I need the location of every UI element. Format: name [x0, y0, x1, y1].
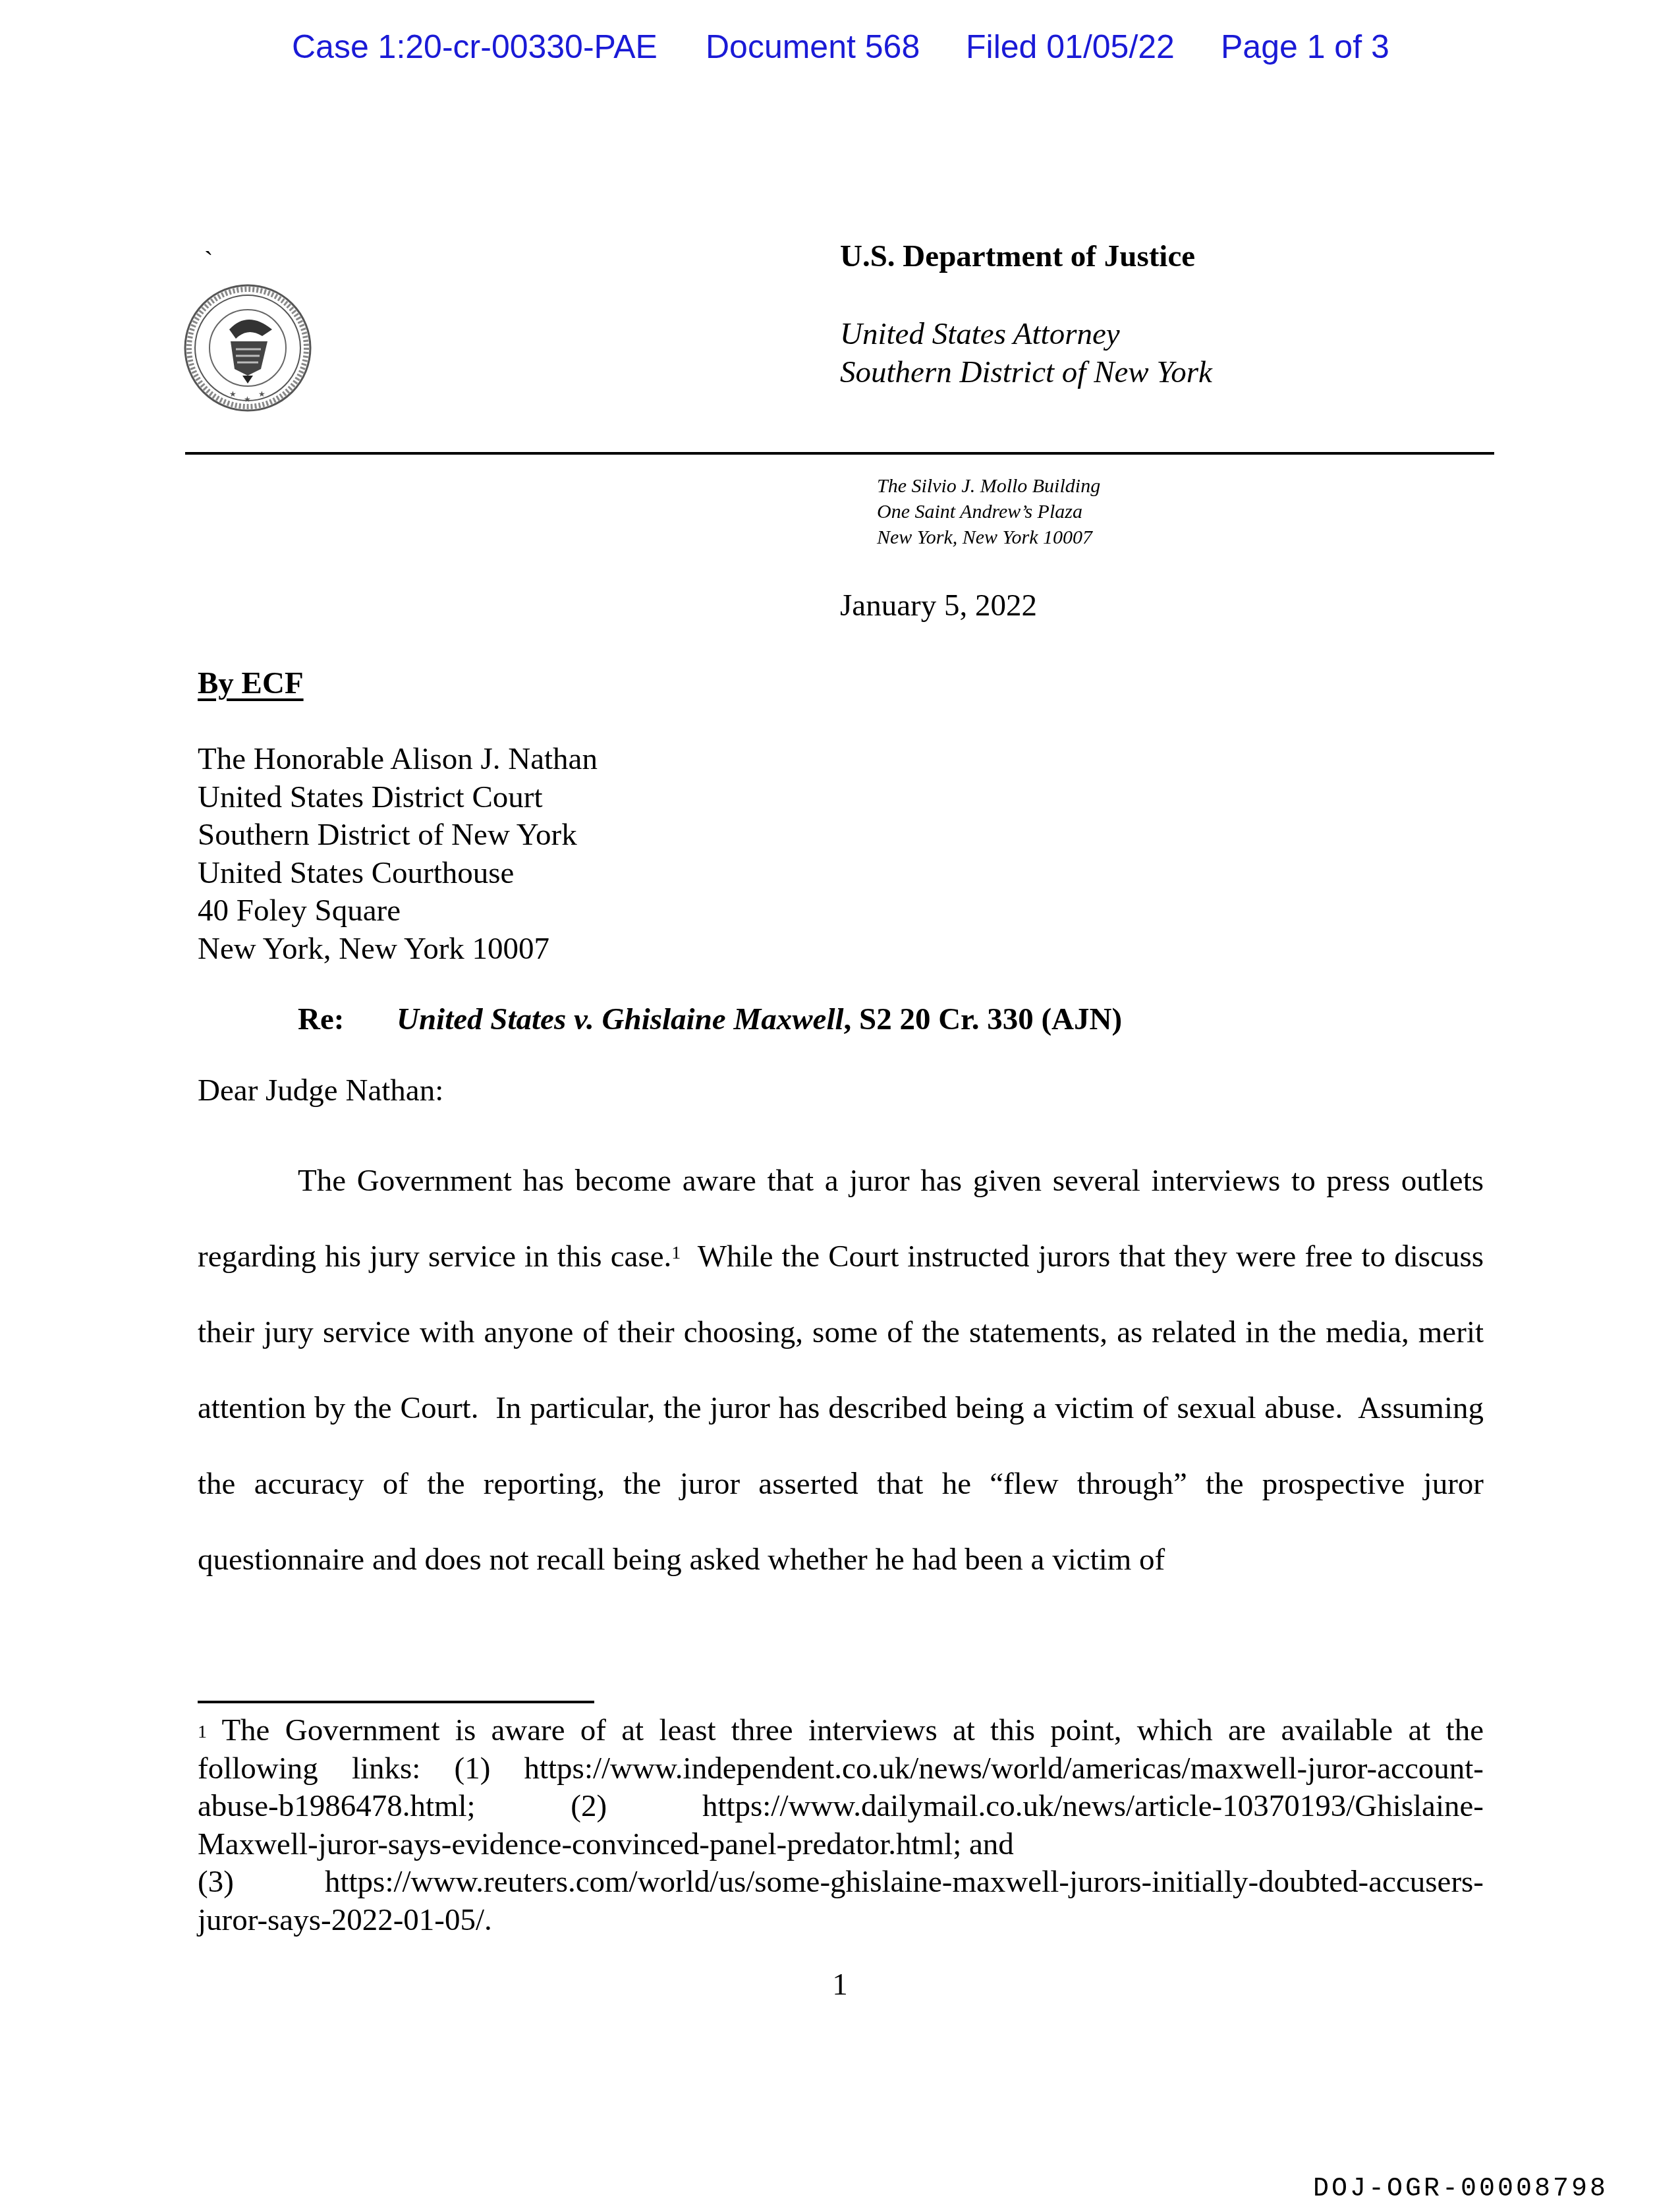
svg-text:★: ★: [244, 395, 251, 404]
case-number: Case 1:20-cr-00330-PAE: [292, 28, 658, 66]
footnote-link-line[interactable]: juror-says-2022-01-05/.: [198, 1902, 1484, 1940]
svg-text:★: ★: [258, 389, 266, 399]
addressee-line: 40 Foley Square: [198, 892, 598, 930]
footnote-link-line[interactable]: following links: (1) https://www.indepen…: [198, 1750, 1484, 1788]
letter-date: January 5, 2022: [840, 588, 1037, 623]
office-line: United States Attorney: [840, 315, 1212, 353]
footnote-reference[interactable]: 1: [671, 1243, 681, 1263]
letter-body: The Government has become aware that a j…: [198, 1143, 1484, 1598]
re-label: Re:: [298, 1002, 397, 1037]
addressee-line: New York, New York 10007: [198, 930, 598, 969]
body-text: While the Court instructed jurors that t…: [198, 1239, 1484, 1577]
office-name: United States Attorney Southern District…: [840, 315, 1212, 391]
address-line: New York, New York 10007: [877, 525, 1100, 550]
footnote-link-line[interactable]: Maxwell-juror-says-evidence-convinced-pa…: [198, 1826, 1484, 1864]
addressee-line: United States District Court: [198, 779, 598, 817]
footnote-line: 1 The Government is aware of at least th…: [198, 1712, 1484, 1750]
address-line: One Saint Andrew’s Plaza: [877, 499, 1100, 525]
addressee-line: The Honorable Alison J. Nathan: [198, 741, 598, 779]
ecf-filing-header: Case 1:20-cr-00330-PAE Document 568 File…: [292, 28, 1399, 70]
office-address: The Silvio J. Mollo Building One Saint A…: [877, 473, 1100, 550]
page-number: 1: [0, 1967, 1680, 2002]
department-name: U.S. Department of Justice: [840, 239, 1195, 274]
footnote: 1 The Government is aware of at least th…: [198, 1712, 1484, 1939]
filed-date: Filed 01/05/22: [966, 28, 1175, 66]
delivery-method: By ECF: [198, 666, 304, 701]
addressee-line: Southern District of New York: [198, 816, 598, 855]
document-number: Document 568: [706, 28, 920, 66]
footnote-link-line[interactable]: (3) https://www.reuters.com/world/us/som…: [198, 1863, 1484, 1902]
letterhead-rule: [185, 452, 1494, 455]
addressee-block: The Honorable Alison J. Nathan United St…: [198, 741, 598, 968]
salutation: Dear Judge Nathan:: [198, 1073, 443, 1108]
re-case-number: , S2 20 Cr. 330 (AJN): [844, 1002, 1123, 1036]
office-line: Southern District of New York: [840, 353, 1212, 391]
bates-number: DOJ-OGR-00008798: [1313, 2174, 1608, 2204]
footnote-number: 1: [198, 1722, 207, 1742]
doj-seal-icon: ★ ★ ★: [183, 283, 312, 412]
stray-mark: `: [204, 245, 213, 276]
address-line: The Silvio J. Mollo Building: [877, 473, 1100, 499]
addressee-line: United States Courthouse: [198, 855, 598, 893]
re-line: Re:United States v. Ghislaine Maxwell, S…: [298, 1002, 1122, 1037]
page-count: Page 1 of 3: [1221, 28, 1389, 66]
footnote-link-line[interactable]: abuse-b1986478.html; (2) https://www.dai…: [198, 1788, 1484, 1826]
svg-text:★: ★: [229, 389, 237, 399]
footnote-separator: [198, 1701, 594, 1703]
re-case-name: United States v. Ghislaine Maxwell: [397, 1002, 844, 1036]
